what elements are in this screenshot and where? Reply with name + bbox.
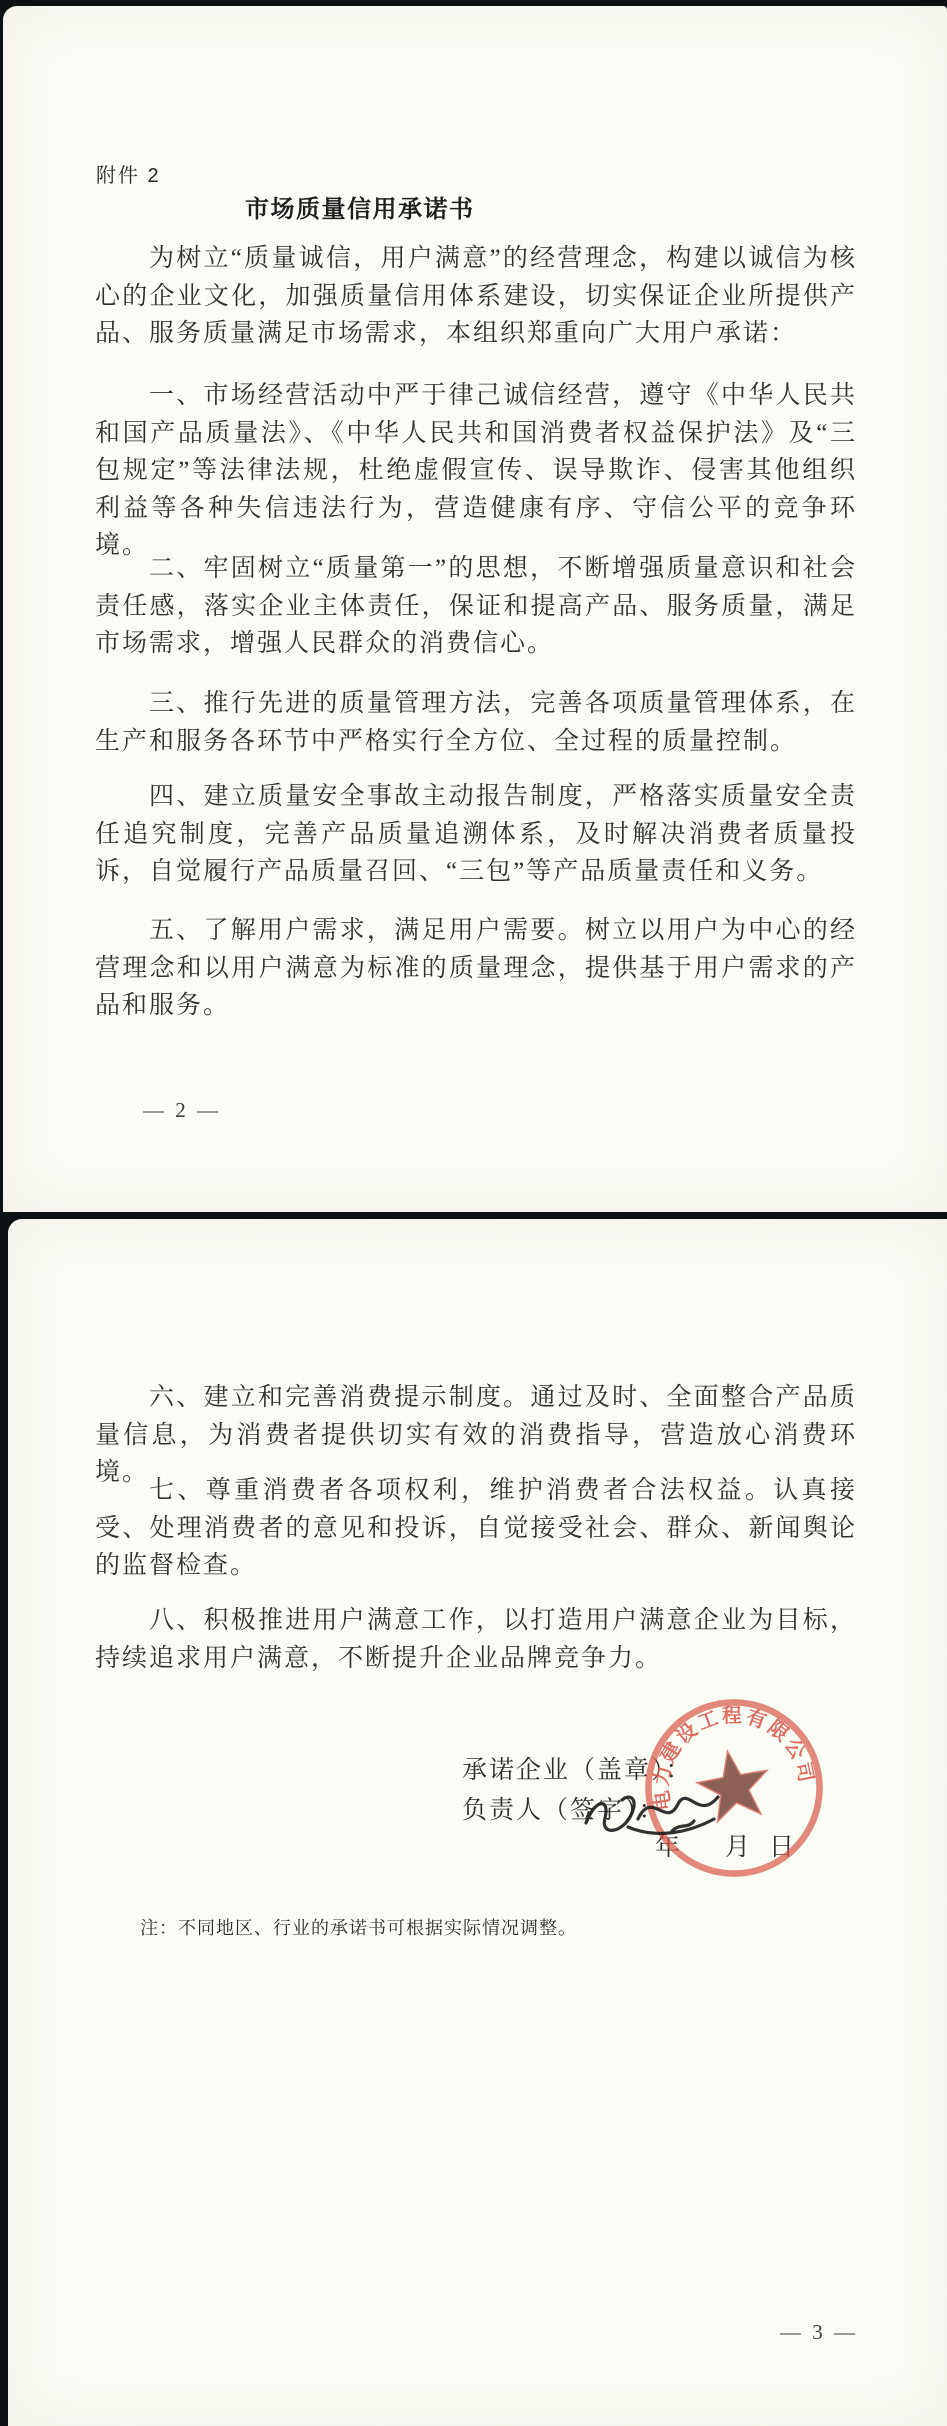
document-title: 市场质量信用承诺书 (245, 193, 475, 227)
scanned-document: 附件 2 市场质量信用承诺书 为树立“质量诚信，用户满意”的经营理念，构建以诚信… (0, 0, 947, 2426)
footnote: 注：不同地区、行业的承诺书可根据实际情况调整。 (140, 1916, 577, 1941)
clause-7-paragraph: 七、尊重消费者各项权利，维护消费者合法权益。认真接受、处理消费者的意见和投诉，自… (95, 1472, 857, 1585)
attachment-label: 附件 2 (96, 163, 161, 189)
page-number-2: — 2 — (143, 1098, 221, 1122)
intro-paragraph: 为树立“质量诚信，用户满意”的经营理念，构建以诚信为核心的企业文化，加强质量信用… (95, 240, 857, 353)
page-1: 附件 2 市场质量信用承诺书 为树立“质量诚信，用户满意”的经营理念，构建以诚信… (3, 6, 947, 1212)
clause-1-paragraph: 一、市场经营活动中严于律己诚信经营，遵守《中华人民共和国产品质量法》、《中华人民… (95, 377, 857, 565)
clause-3-paragraph: 三、推行先进的质量管理方法，完善各项质量管理体系，在生产和服务各环节中严格实行全… (95, 685, 857, 760)
clause-2-paragraph: 二、牢固树立“质量第一”的思想，不断增强质量意识和社会责任感，落实企业主体责任，… (95, 550, 857, 663)
page-number-3: — 3 — (780, 2320, 858, 2344)
handwritten-signature (576, 1771, 736, 1866)
clause-4-paragraph: 四、建立质量安全事故主动报告制度，严格落实质量安全责任追究制度，完善产品质量追溯… (95, 778, 857, 891)
clause-5-paragraph: 五、了解用户需求，满足用户需要。树立以用户为中心的经营理念和以用户满意为标准的质… (95, 912, 857, 1025)
page-2: 六、建立和完善消费提示制度。通过及时、全面整合产品质量信息，为消费者提供切实有效… (8, 1219, 947, 2426)
clause-8-paragraph: 八、积极推进用户满意工作，以打造用户满意企业为目标，持续追求用户满意，不断提升企… (95, 1602, 857, 1677)
